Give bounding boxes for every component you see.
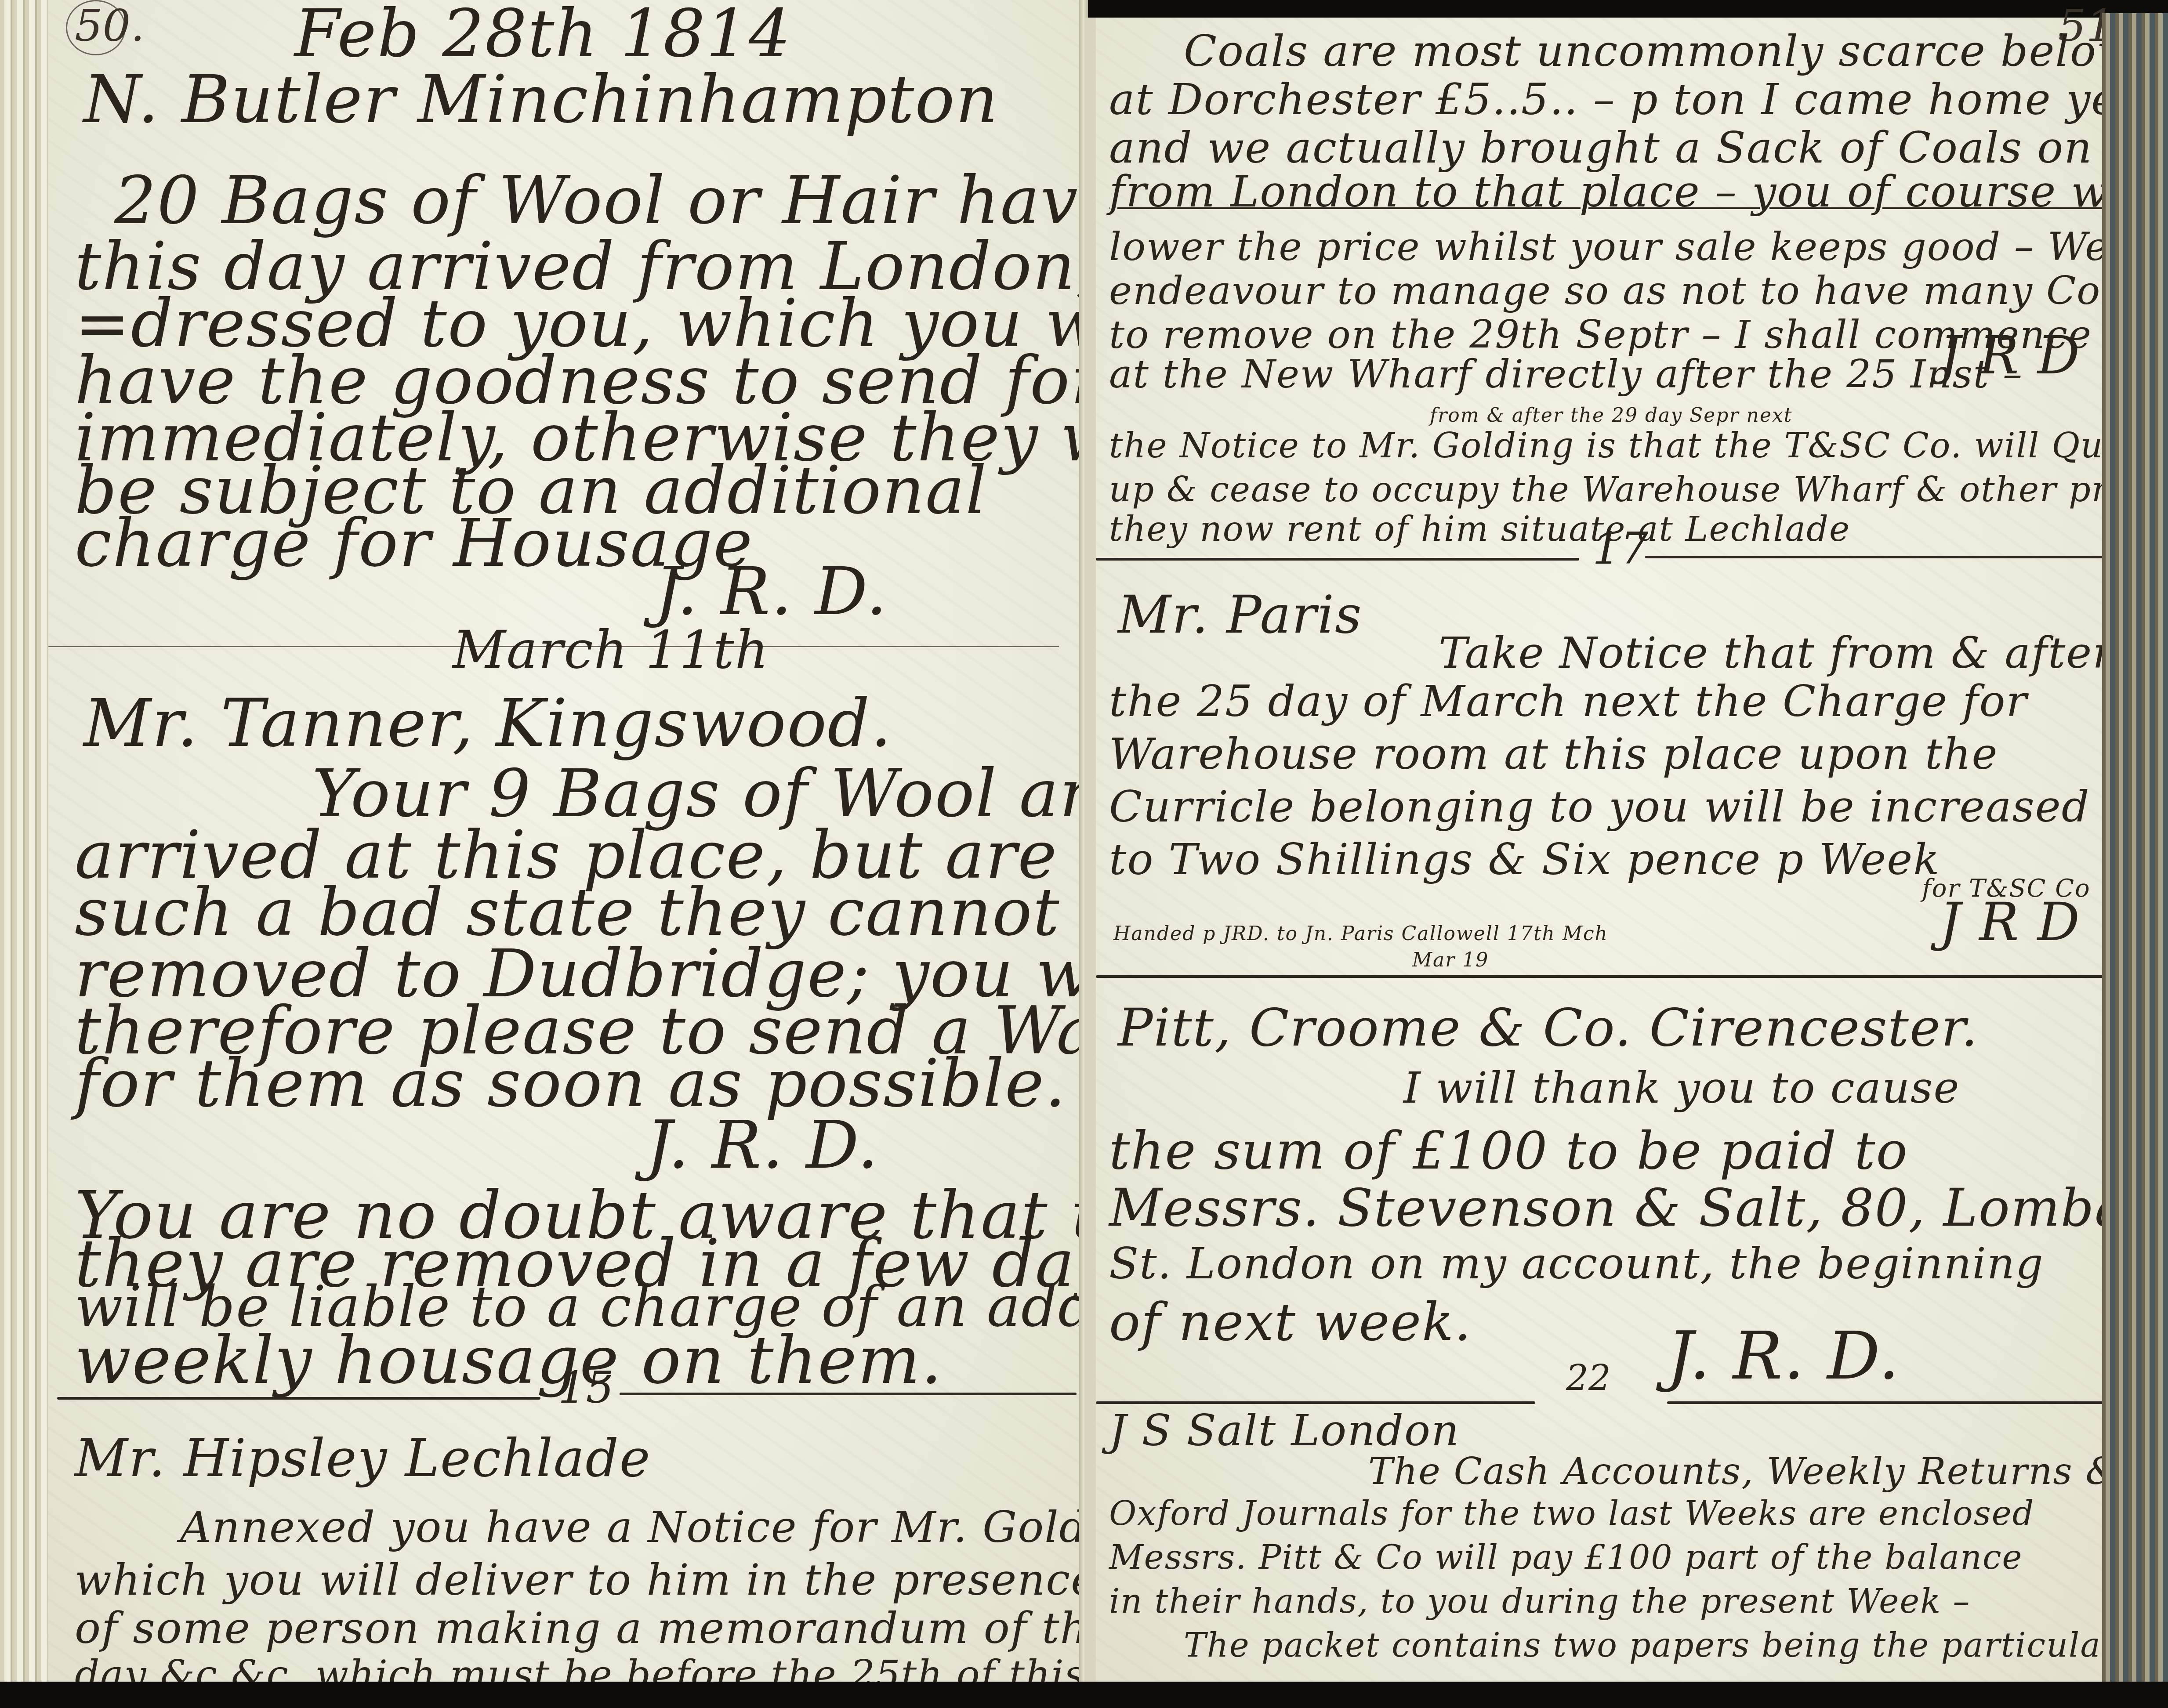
interlinear-note: from & after the 29 day Sepr next: [1430, 404, 1792, 427]
letter-line: and we actually brought a Sack of Coals …: [1109, 123, 2168, 173]
divider: [57, 1397, 540, 1400]
letter-line: Coals are most uncommonly scarce below L…: [1184, 26, 2168, 76]
top-shadow: [1082, 0, 2168, 18]
letter-line: Oxford Journals for the two last Weeks a…: [1109, 1494, 2034, 1533]
addressee: Mr. Hipsley Lechlade: [75, 1428, 651, 1488]
divider: [1667, 1401, 2106, 1404]
letter-line: I will thank you to cause: [1403, 1063, 1960, 1113]
letter-line: Take Notice that from & after: [1439, 628, 2114, 678]
letter-line: at the New Wharf directly after the 25 I…: [1109, 351, 2023, 397]
letter-line: Messrs. Stevenson & Salt, 80, Lombard: [1109, 1177, 2168, 1238]
date-heading: March 11th: [453, 619, 769, 680]
notice-line: they now rent of him situate at Lechlade: [1109, 510, 1850, 549]
letter-line: Messrs. Pitt & Co will pay £100 part of …: [1109, 1538, 2023, 1577]
letter-line: Curricle belonging to you will be increa…: [1109, 782, 2090, 832]
right-page: 51. Coals are most uncommonly scarce bel…: [1085, 18, 2115, 1682]
signature: J. R. D.: [1667, 1318, 1900, 1394]
letter-line: the sum of £100 to be paid to: [1109, 1120, 1908, 1181]
date-heading: 22: [1566, 1357, 1611, 1398]
divider: [1645, 556, 2106, 558]
signature: J R D: [1940, 892, 2081, 953]
delivery-note-date: Mar 19: [1412, 949, 1489, 971]
delivery-note: Handed p JRD. to Jn. Paris Callowell 17t…: [1113, 923, 1608, 945]
postscript-line: weekly housage on them.: [75, 1322, 943, 1399]
letter-line: the 25 day of March next the Charge for: [1109, 677, 2027, 727]
letter-line: endeavour to manage so as not to have ma…: [1109, 268, 2159, 313]
addressee: Pitt, Croome & Co. Cirencester.: [1118, 997, 1979, 1058]
date-heading: 15: [558, 1362, 614, 1413]
left-page-edges: [0, 0, 49, 1708]
bottom-shadow: [0, 1682, 2168, 1708]
signature: J R D: [1940, 325, 2081, 386]
signature: J. R. D.: [655, 554, 888, 630]
letter-line: of some person making a memorandum of th…: [75, 1603, 1115, 1654]
date-heading: 17: [1592, 523, 1648, 574]
letter-line: lower the price whilst your sale keeps g…: [1109, 224, 2168, 269]
addressee: Mr. Tanner, Kingswood.: [83, 685, 892, 762]
letter-line: Annexed you have a Notice for Mr. Goldin…: [180, 1502, 1159, 1552]
divider: [620, 1393, 1077, 1395]
letter-line: Warehouse room at this place upon the: [1109, 729, 1998, 779]
letter-line: of next week.: [1109, 1292, 1472, 1352]
notice-line: up & cease to occupy the Warehouse Wharf…: [1109, 470, 2168, 510]
letter-line: St. London on my account, the beginning: [1109, 1239, 2044, 1289]
addressee: Mr. Paris: [1118, 584, 1362, 645]
signature: J. R. D.: [646, 1107, 879, 1183]
addressee: J S Salt London: [1109, 1406, 1460, 1456]
addressee: N. Butler Minchinhampton: [83, 62, 999, 138]
letter-line: The Cash Accounts, Weekly Returns &: [1368, 1450, 2119, 1493]
divider: [1096, 1401, 1535, 1404]
divider: [1096, 975, 2115, 978]
notice-line: the Notice to Mr. Golding is that the T&…: [1109, 426, 2168, 466]
letter-line: from London to that place – you of cours…: [1109, 167, 2168, 217]
letter-book-spread: 50. Feb 28th 1814 N. Butler Minchinhampt…: [0, 0, 2168, 1708]
letter-line: in their hands, to you during the presen…: [1109, 1581, 1970, 1621]
letter-line: which you will deliver to him in the pre…: [75, 1555, 1097, 1605]
letter-line: for them as soon as possible.: [75, 1046, 1067, 1122]
letter-line: to Two Shillings & Six pence p Week: [1109, 835, 1940, 885]
letter-line: The packet contains two papers being the…: [1184, 1625, 2136, 1665]
right-page-edges: [2102, 13, 2168, 1686]
letter-line: 20 Bags of Wool or Hair have: [114, 163, 1119, 239]
letter-line: charge for Housage: [75, 505, 753, 582]
divider: [1096, 558, 1579, 561]
page-number-left: 50.: [75, 0, 145, 51]
letter-line: at Dorchester £5..5.. – p ton I came hom…: [1109, 75, 2168, 125]
left-page: 50. Feb 28th 1814 N. Butler Minchinhampt…: [48, 0, 1083, 1708]
